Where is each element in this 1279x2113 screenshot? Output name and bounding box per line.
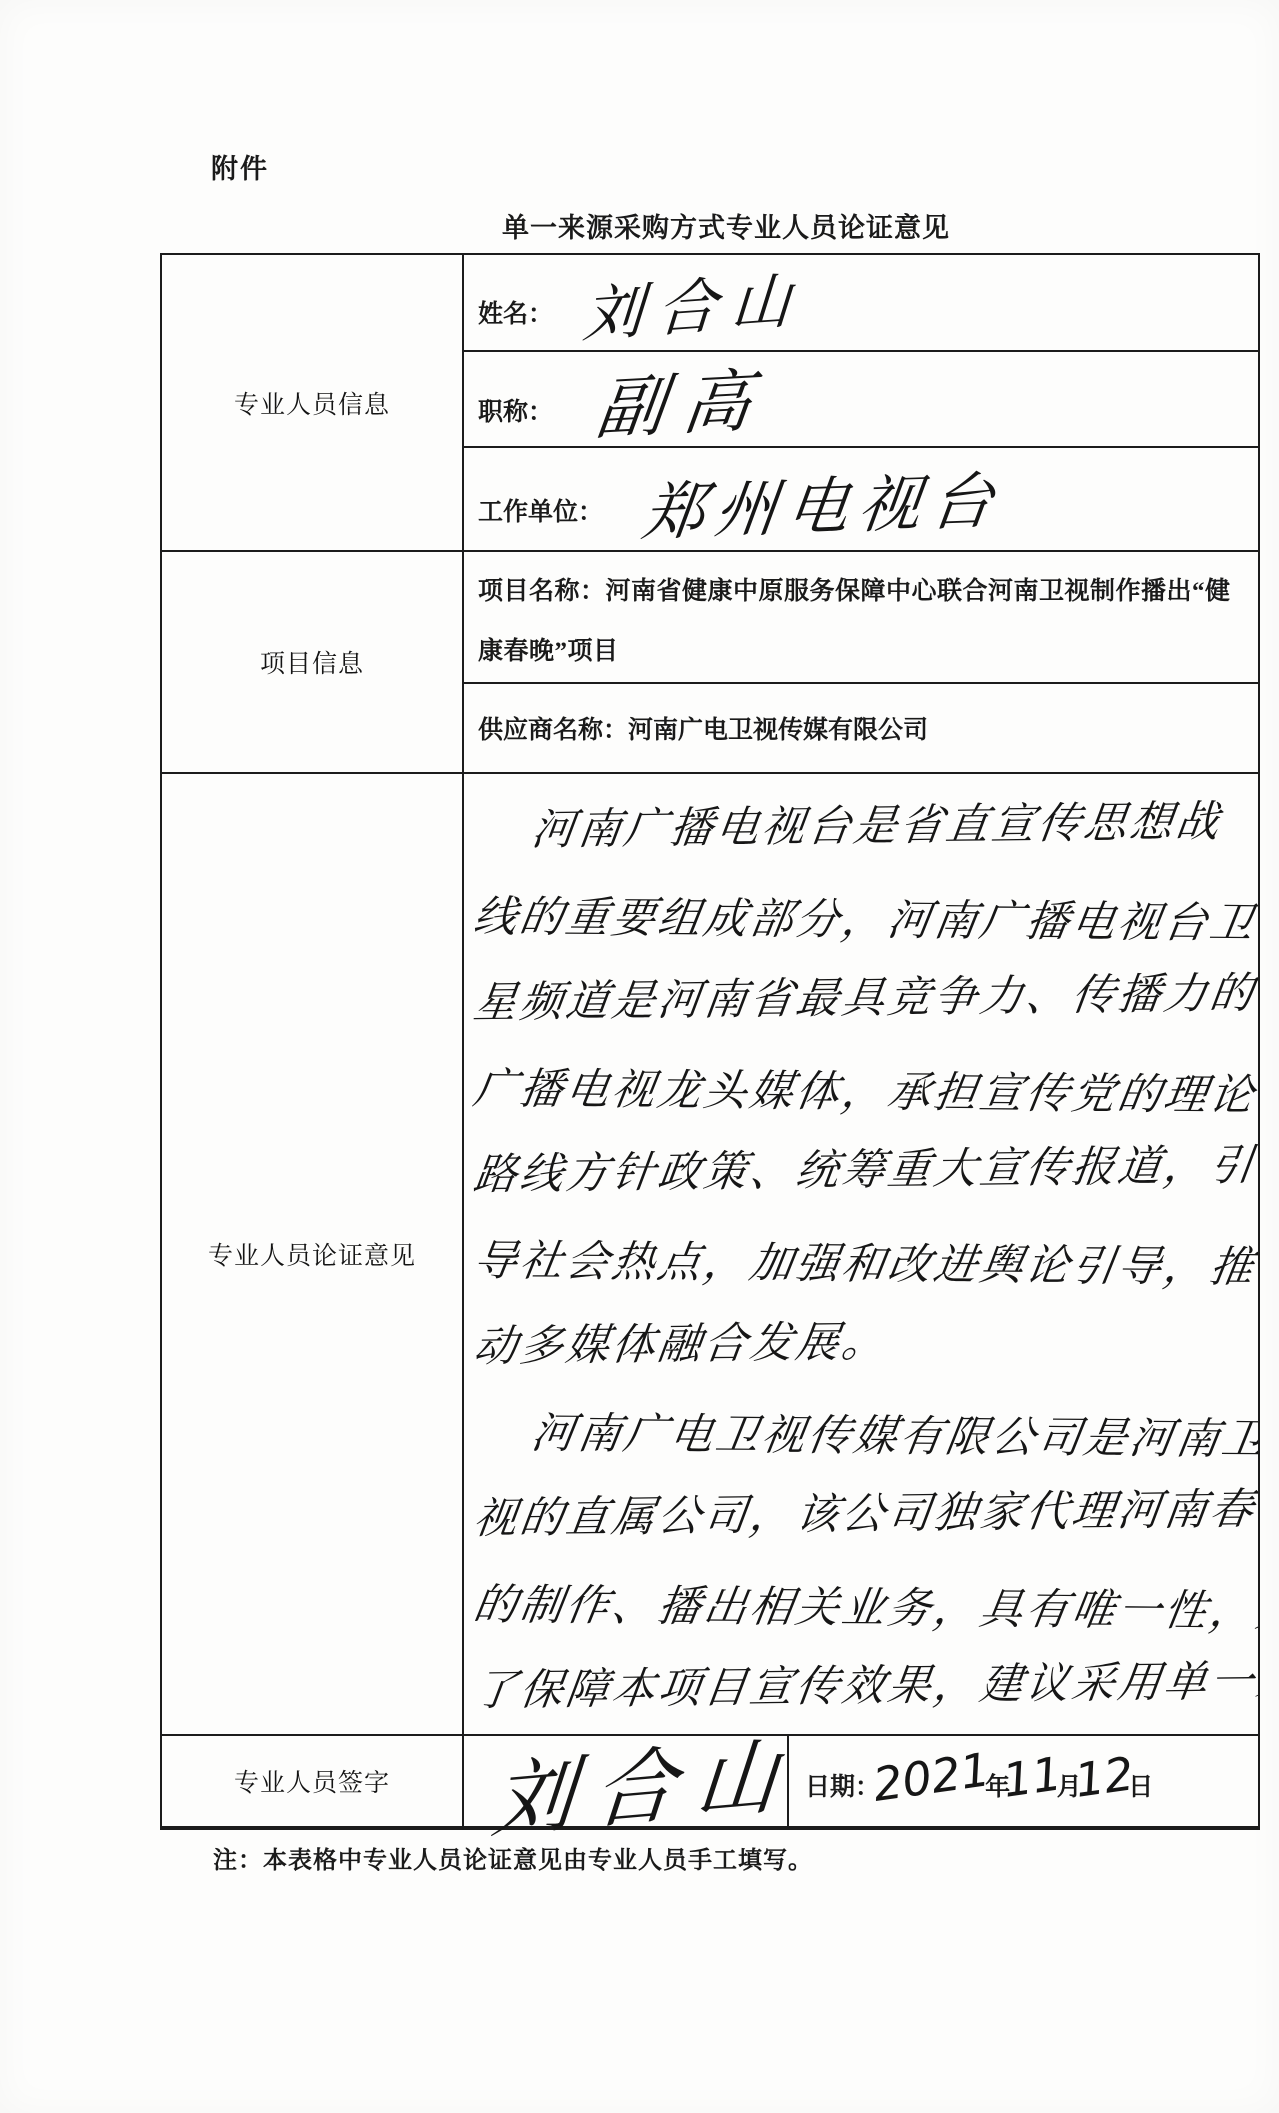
date-month-handwritten: 11 [1001, 1753, 1065, 1801]
opinion-line: 动多媒体融合发展。 [468, 1294, 1259, 1390]
name-cell: 姓名：刘合山 [463, 254, 1259, 351]
signature-cell: 刘合山 [463, 1735, 788, 1828]
name-handwritten-value: 刘合山 [581, 273, 806, 343]
project-name-cell: 项目名称：河南省健康中原服务保障中心联合河南卫视制作播出“健康春晚”项目 [463, 551, 1259, 683]
date-year-handwritten: 2021 [871, 1749, 993, 1805]
date-cell: 日期：2021年11月12日 [788, 1735, 1259, 1828]
work-unit-label: 工作单位： [478, 499, 603, 526]
attachment-label: 附件 [211, 147, 269, 186]
table-row-name: 专业人员信息 姓名：刘合山 [161, 254, 1259, 351]
opinion-line: 了保障本项目宣传效果，建议采用单一来源 [468, 1638, 1259, 1734]
work-unit-cell: 工作单位：郑州电视台 [463, 447, 1259, 551]
name-label: 姓名： [478, 301, 553, 328]
scanned-document-page: 附件 单一来源采购方式专业人员论证意见 专业人员信息 姓名：刘合山 职称：副高 … [0, 0, 1279, 2113]
opinion-handwritten-block: 河南广播电视台是省直宣传思想战 线的重要组成部分，河南广播电视台卫 星频道是河南… [463, 773, 1259, 1735]
date-label: 日期： [805, 1774, 880, 1801]
opinion-line: 星频道是河南省最具竞争力、传播力的 [468, 950, 1259, 1046]
job-title-handwritten-value: 副高 [594, 373, 773, 438]
job-title-label: 职称： [478, 399, 553, 426]
signature-handwritten-value: 刘合山 [490, 1743, 800, 1834]
section-label-personnel-info: 专业人员信息 [161, 254, 463, 551]
supplier-name-cell: 供应商名称：河南广电卫视传媒有限公司 [463, 683, 1259, 773]
date-day-handwritten: 12 [1072, 1753, 1136, 1801]
job-title-cell: 职称：副高 [463, 351, 1259, 447]
opinion-line: 路线方针政策、统筹重大宣传报道，引 [468, 1122, 1259, 1218]
work-unit-handwritten-value: 郑州电视台 [640, 472, 1007, 541]
section-label-signature: 专业人员签字 [161, 1735, 463, 1828]
table-row-opinion: 专业人员论证意见 河南广播电视台是省直宣传思想战 线的重要组成部分，河南广播电视… [161, 773, 1259, 1735]
section-label-opinion: 专业人员论证意见 [161, 773, 463, 1735]
table-row-project-name: 项目信息 项目名称：河南省健康中原服务保障中心联合河南卫视制作播出“健康春晚”项… [161, 551, 1259, 683]
opinion-line: 视的直属公司，该公司独家代理河南春晚 [468, 1466, 1259, 1562]
section-label-project-info: 项目信息 [161, 551, 463, 773]
document-title: 单一来源采购方式专业人员论证意见 [160, 206, 1258, 245]
opinion-line: 河南广播电视台是省直宣传思想战 [468, 778, 1259, 874]
table-row-signature: 专业人员签字 刘合山 日期：2021年11月12日 [161, 1735, 1259, 1828]
opinion-form-table: 专业人员信息 姓名：刘合山 职称：副高 工作单位：郑州电视台 项目信息 项目名称… [160, 253, 1260, 1830]
